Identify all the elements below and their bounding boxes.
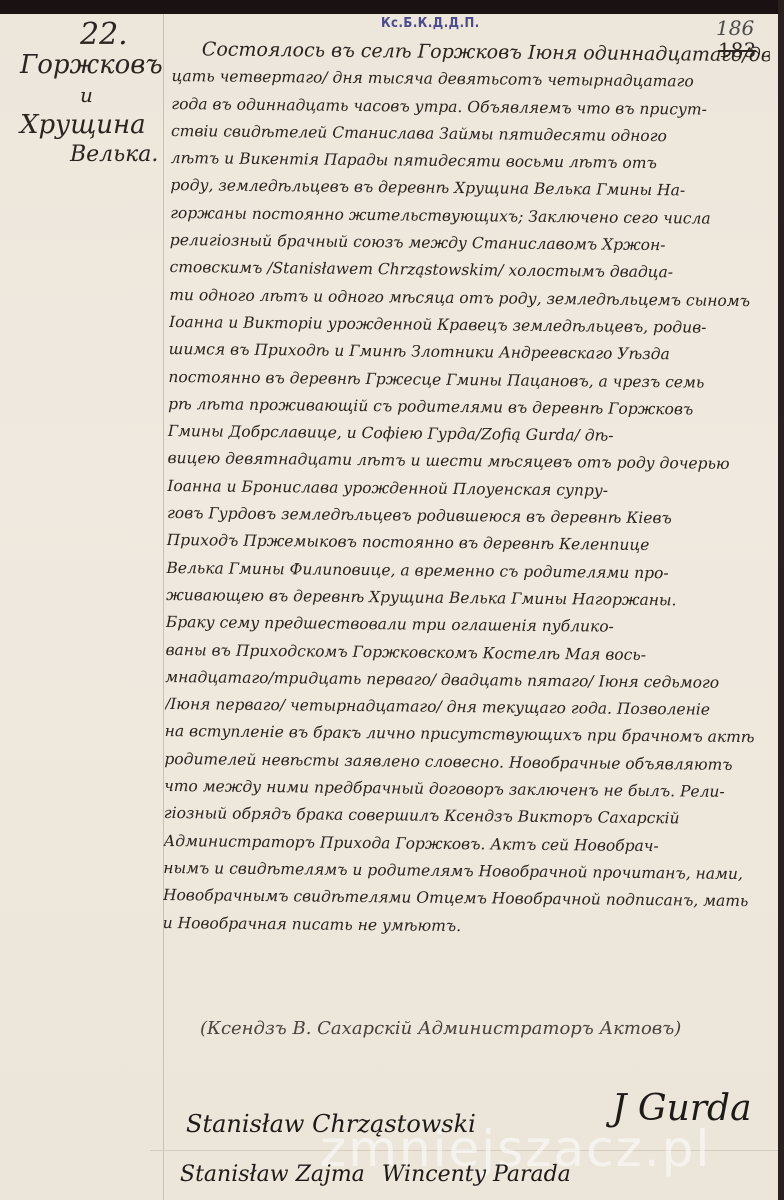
signature-row-1: Stanisław Chrząstowski bbox=[186, 1110, 476, 1138]
scan-border-right bbox=[778, 0, 784, 1200]
entry-number: 22. bbox=[10, 20, 160, 50]
margin-conjunction: и bbox=[10, 80, 160, 110]
margin-place-3: Велька. bbox=[10, 140, 160, 170]
signature-father: J Gurda bbox=[612, 1088, 752, 1129]
margin-rule bbox=[163, 14, 164, 1200]
page-number: 186 bbox=[716, 16, 754, 40]
margin-place-1: Горжковъ bbox=[10, 50, 160, 80]
scan-border-top bbox=[0, 0, 784, 14]
signature-witness-1: Stanisław Zajma bbox=[180, 1162, 365, 1187]
priest-closing-note: (Ксендзъ В. Сахарскій Администраторъ Акт… bbox=[200, 1018, 681, 1039]
signature-row-2: Stanisław Zajma Wincenty Parada bbox=[180, 1162, 571, 1187]
margin-place-2: Хрущина bbox=[10, 110, 160, 140]
archive-stamp: Кс.Б.К.Д.Д.П. bbox=[381, 16, 480, 31]
record-body: Состоялось въ селѣ Горжковъ Іюня одиннад… bbox=[163, 36, 770, 943]
signature-groom: Stanisław Chrząstowski bbox=[186, 1110, 476, 1138]
signature-witness-2: Wincenty Parada bbox=[382, 1162, 571, 1187]
margin-note: 22. Горжковъ и Хрущина Велька. bbox=[10, 20, 160, 170]
